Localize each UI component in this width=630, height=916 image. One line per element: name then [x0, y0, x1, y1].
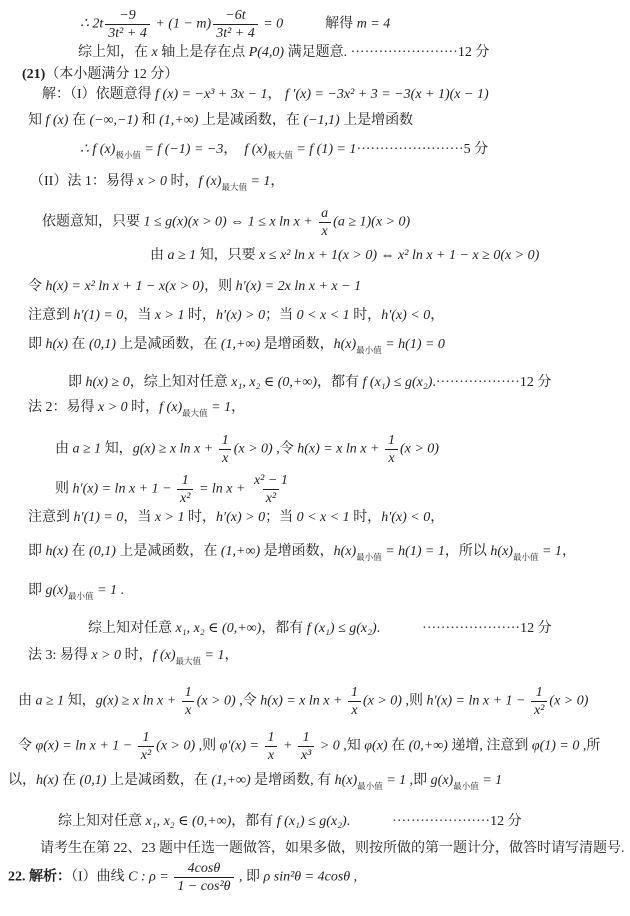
text-run: ，都有	[317, 375, 363, 390]
math-run: g(x) ≥ x ln x +	[96, 694, 180, 709]
subscript-label: 最小值	[68, 591, 94, 601]
text-run: 是增函数，	[260, 337, 334, 352]
math-run: = 1	[479, 773, 502, 788]
text-run: . ·····················12 分	[347, 814, 522, 829]
text-run: 综上知，在	[78, 45, 152, 60]
subscript-label: 最小值	[356, 552, 382, 562]
math-run: (x > 0)	[197, 694, 236, 709]
math-run: x > 0	[137, 174, 167, 189]
line-part1-monotonic: 知 f (x) 在 (−∞,−1) 和 (1,+∞) 上是减函数，在 (−1,1…	[0, 111, 630, 131]
line-method2-sign: 注意到 h′(1) = 0，当 x > 1 时，h′(x) > 0；当 0 < …	[0, 508, 630, 528]
text-run: ，	[231, 400, 245, 415]
math-run: m = 4	[357, 17, 391, 32]
math-run: = 1	[208, 400, 231, 415]
text-run: 知，	[101, 442, 133, 457]
fraction-numerator: −6t	[222, 8, 248, 24]
math-run: g(x)	[431, 773, 454, 788]
line-method2-conclusion: 综上知对任意 x₁, x₂ ∈ (0,+∞)，都有 f (x₁) ≤ g(x₂)…	[0, 619, 630, 639]
math-run: (x > 0)	[549, 694, 588, 709]
text-run: 注意到	[28, 308, 74, 323]
text-run: 时，	[185, 510, 217, 525]
fraction-denominator: x	[182, 701, 194, 718]
text-run: ，所以	[445, 544, 491, 559]
math-run: f (x₁) ≤ g(x₂)	[363, 375, 433, 390]
math-run: h(x)	[335, 773, 358, 788]
text-run: 时，	[167, 174, 199, 189]
text-run: 上是增函数	[340, 113, 414, 128]
math-run: 0 < x < 1	[297, 308, 350, 323]
text-run: 即	[68, 375, 86, 390]
text-run: 时，	[121, 648, 153, 663]
text-run: ，当	[123, 308, 155, 323]
text-run: .	[117, 583, 124, 598]
math-run: f (x) = −x³ + 3x − 1	[155, 87, 267, 102]
math-run: h(x)	[490, 544, 513, 559]
math-run: h(x) = x ln x +	[297, 442, 383, 457]
math-run: ρ sin²θ = 4cosθ	[264, 870, 351, 885]
text-run: 上是减函数，在	[106, 773, 211, 788]
math-run: h′(x) > 0	[216, 510, 265, 525]
text-run: 令	[28, 279, 46, 294]
math-run: g(x) ≥ x ln x +	[133, 442, 217, 457]
text-run: 请考生在第 22、23 题中任选一题做答，如果多做，则按所做的第一题计分，做答时…	[40, 841, 625, 856]
math-run: (x > 0)	[400, 442, 439, 457]
fraction: 1x²	[531, 685, 547, 718]
text-run: 和	[138, 113, 159, 128]
fraction-denominator: 3t² + 4	[105, 24, 150, 41]
math-run: (0,1)	[89, 337, 116, 352]
text-run: （I）曲线	[71, 870, 128, 885]
math-run: x > 0	[91, 648, 121, 663]
fraction-denominator: x³	[298, 746, 314, 763]
fraction: 1x	[264, 730, 277, 763]
math-run: h′(1) = 0	[74, 308, 124, 323]
text-run: ，	[224, 648, 238, 663]
math-run: f (x)	[153, 648, 176, 663]
text-run: 依题意知，只要	[42, 215, 144, 230]
text-run: ，	[223, 142, 244, 157]
fraction-denominator: x	[348, 701, 360, 718]
text-run: ,即	[406, 773, 431, 788]
text-run: ，则	[204, 279, 236, 294]
math-run: h′(x) < 0	[381, 510, 430, 525]
fraction-numerator: 1	[533, 685, 546, 701]
text-run: 轴上是存在点	[158, 45, 249, 60]
math-run: φ′(x) =	[220, 739, 263, 754]
math-run: = 1	[383, 773, 406, 788]
text-run: ,则	[402, 694, 427, 709]
text-run: 时，	[350, 308, 382, 323]
text-run: 即	[28, 544, 46, 559]
math-run: (1,+∞)	[159, 113, 198, 128]
text-run: 由	[150, 248, 168, 263]
math-run: x₁, x₂ ∈ (0,+∞)	[146, 814, 232, 829]
math-run: a ≥ 1	[36, 694, 65, 709]
math-run: = f (1) = 1	[293, 142, 357, 157]
text-run: 满足题意. ·······················12 分	[284, 45, 489, 60]
text-run: 上是减函数，在	[116, 337, 221, 352]
text-run: 综上知对任意	[88, 621, 176, 636]
math-run: h(x)	[46, 337, 69, 352]
line-method2-hx: 由 a ≥ 1 知，g(x) ≥ x ln x + 1x(x > 0) ,令 h…	[0, 433, 630, 466]
fraction-numerator: 1	[219, 433, 232, 449]
fraction-numerator: x² − 1	[251, 473, 291, 489]
fraction-numerator: 1	[385, 433, 398, 449]
fraction: −6t3t² + 4	[213, 8, 258, 41]
text-run: 则	[55, 482, 73, 497]
fraction: x² − 1x²	[251, 473, 291, 506]
math-run: = 1	[201, 648, 224, 663]
math-run: h′(x) > 0	[216, 308, 265, 323]
math-run: f (x₁) ≤ g(x₂)	[307, 621, 377, 636]
text-run: 在	[68, 337, 89, 352]
text-run: ，都有	[231, 814, 277, 829]
line-q21-header: (21)（本小题满分 12 分）	[0, 65, 630, 85]
text-run: . ·····················12 分	[377, 621, 552, 636]
text-run: ,知	[340, 739, 365, 754]
math-run: = f (−1) = −3	[141, 142, 224, 157]
fraction: 1x	[219, 433, 232, 466]
math-run: (x > 0)	[234, 442, 273, 457]
fraction-denominator: x²	[531, 701, 547, 718]
fraction-denominator: 1 − cos²θ	[174, 877, 233, 894]
math-run: φ(x) = ln x + 1 −	[36, 739, 136, 754]
text-run: 知，	[64, 694, 96, 709]
math-run: (1,+∞)	[211, 773, 250, 788]
text-run: ；当	[265, 308, 297, 323]
subscript-label: 最小值	[356, 345, 382, 355]
math-run: + (1 − m)	[152, 17, 211, 32]
line-method2: 法 2：易得 x > 0 时，f (x)最大值 = 1，	[0, 398, 630, 423]
line-method3-min: 以，h(x) 在 (0,1) 上是减函数，在 (1,+∞) 是增函数, 有 h(…	[0, 771, 630, 796]
text-run: 递增, 注意到	[448, 739, 532, 754]
text-run: 法 2：易得	[28, 400, 98, 415]
line-method1-sign: 注意到 h′(1) = 0，当 x > 1 时，h′(x) > 0；当 0 < …	[0, 306, 630, 326]
text-run: 是增函数, 有	[251, 773, 335, 788]
math-run: (x > 0)	[363, 694, 402, 709]
fraction-denominator: x	[265, 746, 277, 763]
text-run: ,令	[273, 442, 298, 457]
text-run: ，综上知对任意	[130, 375, 232, 390]
subscript-label: 最大值	[176, 656, 202, 666]
math-run: h(x)	[46, 544, 69, 559]
math-run: 0 < x < 1	[297, 510, 350, 525]
document-page: ∴ 2t−93t² + 4 + (1 − m)−6t3t² + 4 = 0 解得…	[0, 0, 630, 916]
text-run: 上是减函数，在	[116, 544, 221, 559]
fraction-numerator: 1	[182, 685, 195, 701]
math-run: ∴ 2t	[80, 17, 103, 32]
math-run: x₁, x₂ ∈ (0,+∞)	[176, 621, 262, 636]
line-method3: 法 3: 易得 x > 0 时，f (x)最大值 = 1，	[0, 646, 630, 671]
line-q22-solution: 22. 解析：（I）曲线 C : ρ = 4cosθ1 − cos²θ , 即 …	[0, 861, 630, 894]
line-conclusion-p: 综上知，在 x 轴上是存在点 P(4,0) 满足题意. ············…	[0, 43, 630, 63]
line-part1-extrema: ∴ f (x)极小值 = f (−1) = −3， f (x)极大值 = f (…	[0, 140, 630, 165]
line-method1-hx: 令 h(x) = x² ln x + 1 − x(x > 0)，则 h′(x) …	[0, 277, 630, 297]
line-method3-conclusion: 综上知对任意 x₁, x₂ ∈ (0,+∞)，都有 f (x₁) ≤ g(x₂)…	[0, 812, 630, 832]
fraction: 4cosθ1 − cos²θ	[174, 861, 233, 894]
fraction-denominator: 3t² + 4	[213, 24, 258, 41]
fraction: 1x²	[138, 730, 154, 763]
text-run: ,令	[236, 694, 261, 709]
text-run: 在	[388, 739, 409, 754]
math-run: h(x)	[334, 544, 357, 559]
math-run: f (x)	[244, 142, 267, 157]
fraction-numerator: 1	[179, 473, 192, 489]
math-run: h′(x) = ln x + 1 −	[426, 694, 529, 709]
fraction-numerator: a	[318, 206, 331, 222]
math-run: f ′(x) = −3x² + 3 = −3(x + 1)(x − 1)	[285, 87, 489, 102]
line-method2-derivative: 则 h′(x) = ln x + 1 − 1x² = ln x + x² − 1…	[0, 473, 630, 506]
line-m-equation: ∴ 2t−93t² + 4 + (1 − m)−6t3t² + 4 = 0 解得…	[0, 8, 630, 41]
subscript-label: 最小值	[357, 781, 383, 791]
text-run: 在	[68, 113, 89, 128]
bold-run: (21)	[22, 67, 45, 82]
text-run: ,	[350, 870, 357, 885]
text-run: ·······················5 分	[356, 142, 488, 157]
math-run: h′(x) = 2x ln x + x − 1	[236, 279, 361, 294]
text-run: ，当	[123, 510, 155, 525]
math-run: = 1	[538, 544, 561, 559]
math-run: h′(x) = ln x + 1 −	[73, 482, 176, 497]
text-run: ,所	[579, 739, 600, 754]
math-run: = h(1) = 1	[382, 544, 445, 559]
line-part2-method1: （II）法 1：易得 x > 0 时，f (x)最大值 = 1，	[0, 172, 630, 197]
text-run: ，	[430, 510, 444, 525]
math-run: (−∞,−1)	[89, 113, 138, 128]
fraction: 1x	[385, 433, 398, 466]
fraction-numerator: −9	[116, 8, 138, 24]
line-method3-phi: 令 φ(x) = ln x + 1 − 1x²(x > 0) ,则 φ′(x) …	[0, 730, 630, 763]
text-run: 是增函数，	[260, 544, 334, 559]
math-run: x₁, x₂ ∈ (0,+∞)	[231, 375, 317, 390]
math-run: (0,1)	[89, 544, 116, 559]
text-run: ，	[270, 174, 284, 189]
math-run: (0,+∞)	[409, 739, 448, 754]
text-run: 上是减函数，在	[198, 113, 303, 128]
math-run: h(x) = x ln x +	[260, 694, 346, 709]
line-method1-conclusion: 即 h(x) ≥ 0，综上知对任意 x₁, x₂ ∈ (0,+∞)，都有 f (…	[0, 373, 630, 393]
line-notice-22-23: 请考生在第 22、23 题中任选一题做答，如果多做，则按所做的第一题计分，做答时…	[0, 839, 630, 859]
math-run: = 1	[94, 583, 117, 598]
fraction: 1x²	[177, 473, 193, 506]
text-run: 即	[28, 337, 46, 352]
math-run: = h(1) = 0	[382, 337, 445, 352]
text-run: 时，	[128, 400, 160, 415]
text-run: 注意到	[28, 510, 74, 525]
math-run: a ≥ 1	[168, 248, 197, 263]
bold-run: 22. 解析：	[8, 870, 71, 885]
text-run: 在	[68, 544, 89, 559]
text-run: ，	[562, 544, 576, 559]
subscript-label: 极小值	[115, 150, 141, 160]
math-run: h′(1) = 0	[74, 510, 124, 525]
math-run: = 1	[247, 174, 270, 189]
fraction: ax	[318, 206, 331, 239]
math-run: (x > 0)	[156, 739, 195, 754]
text-run: .··················12 分	[432, 375, 551, 390]
math-run: φ(x)	[364, 739, 387, 754]
text-run: 由	[55, 442, 73, 457]
math-run: = ln x +	[195, 482, 249, 497]
text-run: 由	[18, 694, 36, 709]
math-run: f (x)	[159, 400, 182, 415]
subscript-label: 极大值	[267, 150, 293, 160]
subscript-label: 最小值	[513, 552, 539, 562]
math-run: +	[279, 739, 295, 754]
math-run: a ≥ 1	[73, 442, 102, 457]
text-run: 知，只要	[196, 248, 259, 263]
fraction-numerator: 1	[139, 730, 152, 746]
text-run: 令	[18, 739, 36, 754]
subscript-label: 最小值	[453, 781, 479, 791]
math-run: x > 1	[155, 510, 185, 525]
fraction-numerator: 1	[264, 730, 277, 746]
math-run: x > 0	[98, 400, 128, 415]
math-run: 1 ≤ g(x)(x > 0) ⇔ 1 ≤ x ln x +	[144, 215, 317, 230]
fraction-denominator: x²	[177, 489, 193, 506]
text-run: 以，	[8, 773, 36, 788]
math-run: = 0	[260, 17, 283, 32]
text-run: 知	[28, 113, 46, 128]
subscript-label: 最大值	[182, 408, 208, 418]
math-run: > 0	[316, 739, 339, 754]
text-run: 在	[59, 773, 80, 788]
text-run: 时，	[350, 510, 382, 525]
subscript-label: 最大值	[221, 182, 247, 192]
fraction: 1x	[348, 685, 361, 718]
math-run: (a ≥ 1)(x > 0)	[333, 215, 410, 230]
math-run: f (x)	[46, 113, 69, 128]
fraction: 1x³	[298, 730, 314, 763]
math-run: f (x)	[199, 174, 222, 189]
math-run: (1,+∞)	[221, 337, 260, 352]
fraction-denominator: x²	[138, 746, 154, 763]
fraction: −93t² + 4	[105, 8, 150, 41]
fraction-numerator: 4cosθ	[185, 861, 224, 877]
math-run: x ≤ x² ln x + 1(x > 0) ⇔ x² ln x + 1 − x…	[259, 248, 539, 263]
text-run: ，	[430, 308, 444, 323]
text-run: 法 3: 易得	[28, 648, 91, 663]
math-run: (1,+∞)	[221, 544, 260, 559]
math-run: x > 1	[155, 308, 185, 323]
text-run: 即	[28, 583, 46, 598]
math-run: h(x)	[334, 337, 357, 352]
text-run: ，都有	[261, 621, 307, 636]
math-run: P(4,0)	[249, 45, 284, 60]
line-method1-min: 即 h(x) 在 (0,1) 上是减函数，在 (1,+∞) 是增函数，h(x)最…	[0, 335, 630, 360]
solution-text: ∴ 2t−93t² + 4 + (1 − m)−6t3t² + 4 = 0 解得…	[0, 8, 630, 894]
fraction: 1x	[182, 685, 195, 718]
fraction-numerator: 1	[348, 685, 361, 701]
fraction-denominator: x	[385, 449, 397, 466]
fraction-denominator: x	[319, 222, 331, 239]
line-method3-hx: 由 a ≥ 1 知，g(x) ≥ x ln x + 1x(x > 0) ,令 h…	[0, 685, 630, 718]
line-method1-equiv: 由 a ≥ 1 知，只要 x ≤ x² ln x + 1(x > 0) ⇔ x²…	[0, 246, 630, 266]
text-run: 解：（I）依题意得	[42, 87, 155, 102]
text-run: 综上知对任意	[58, 814, 146, 829]
line-part1-fx: 解：（I）依题意得 f (x) = −x³ + 3x − 1， f ′(x) =…	[0, 85, 630, 105]
text-run: ；当	[265, 510, 297, 525]
text-run: 时，	[185, 308, 217, 323]
math-run: ∴ f (x)	[80, 142, 115, 157]
text-run: 解得	[283, 17, 357, 32]
math-run: h′(x) < 0	[381, 308, 430, 323]
text-run: （本小题满分 12 分）	[45, 67, 178, 82]
text-run: ,则	[195, 739, 220, 754]
math-run: h(x) ≥ 0	[86, 375, 130, 390]
math-run: h(x)	[36, 773, 59, 788]
math-run: C : ρ =	[128, 870, 172, 885]
math-run: (0,1)	[80, 773, 107, 788]
text-run: （II）法 1：易得	[30, 174, 137, 189]
math-run: φ(1) = 0	[532, 739, 580, 754]
fraction-denominator: x	[219, 449, 231, 466]
fraction-numerator: 1	[300, 730, 313, 746]
fraction-denominator: x²	[263, 489, 279, 506]
text-run: ，	[268, 87, 286, 102]
line-method2-gmin: 即 g(x)最小值 = 1 .	[0, 581, 630, 606]
math-run: g(x)	[46, 583, 69, 598]
math-run: (−1,1)	[303, 113, 339, 128]
line-method1-condition: 依题意知，只要 1 ≤ g(x)(x > 0) ⇔ 1 ≤ x ln x + a…	[0, 206, 630, 239]
line-method2-min: 即 h(x) 在 (0,1) 上是减函数，在 (1,+∞) 是增函数，h(x)最…	[0, 542, 630, 567]
text-run: , 即	[236, 870, 264, 885]
math-run: h(x) = x² ln x + 1 − x(x > 0)	[46, 279, 205, 294]
math-run: f (x₁) ≤ g(x₂)	[277, 814, 347, 829]
